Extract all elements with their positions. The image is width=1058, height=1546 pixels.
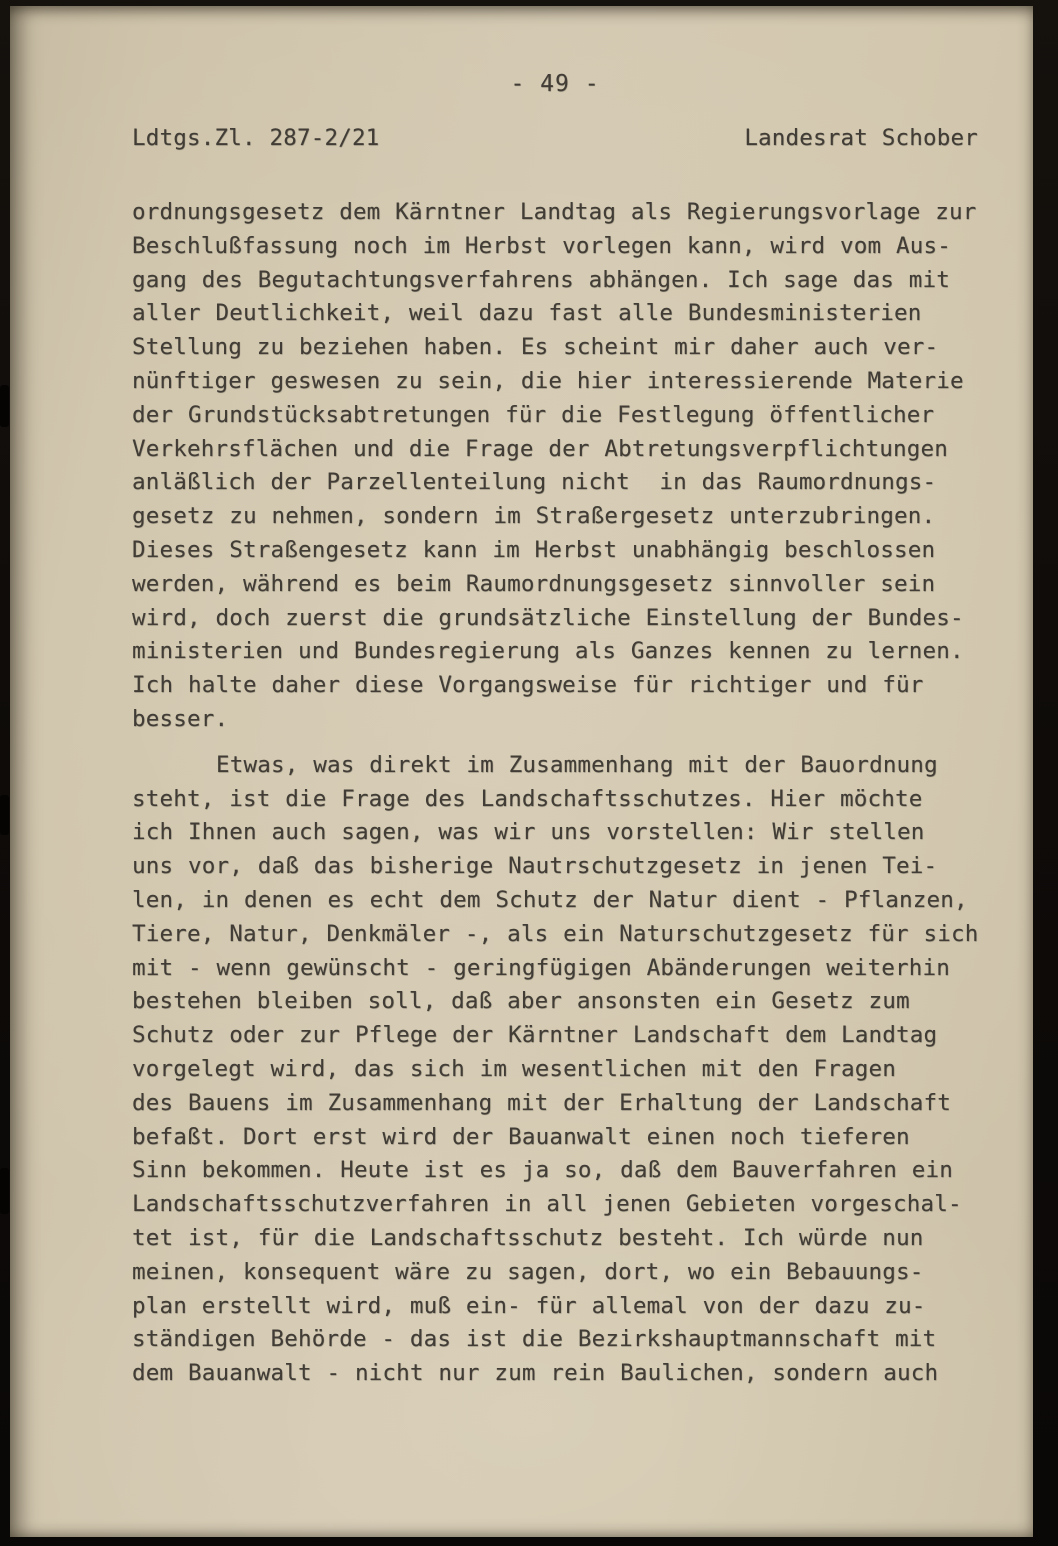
speaker-name: Landesrat Schober <box>744 124 978 152</box>
text-line: ministerien und Bundesregierung als Ganz… <box>132 635 978 669</box>
text-line: tet ist, für die Landschaftsschutz beste… <box>132 1222 978 1256</box>
text-line: bestehen bleiben soll, daß aber ansonste… <box>132 985 978 1019</box>
page-number: - 49 - <box>132 70 978 98</box>
text-line: besser. <box>132 703 978 737</box>
text-line: gang des Begutachtungsverfahrens abhänge… <box>132 264 978 298</box>
text-line: Beschlußfassung noch im Herbst vorlegen … <box>132 230 978 264</box>
text-line: Landschaftsschutzverfahren in all jenen … <box>132 1188 978 1222</box>
paragraph-2: Etwas, was direkt im Zusammenhang mit de… <box>132 749 978 1391</box>
page-content: - 49 - Ldtgs.Zl. 287-2/21 Landesrat Scho… <box>132 70 978 1391</box>
text-line: len, in denen es echt dem Schutz der Nat… <box>132 884 978 918</box>
text-line: Dieses Straßengesetz kann im Herbst unab… <box>132 534 978 568</box>
scan-artifact <box>0 795 9 835</box>
text-line: Ich halte daher diese Vorgangsweise für … <box>132 669 978 703</box>
text-line: Tiere, Natur, Denkmäler -, als ein Natur… <box>132 918 978 952</box>
text-line: des Bauens im Zusammenhang mit der Erhal… <box>132 1087 978 1121</box>
text-line: Sinn bekommen. Heute ist es ja so, daß d… <box>132 1154 978 1188</box>
text-line: Stellung zu beziehen haben. Es scheint m… <box>132 331 978 365</box>
text-line: uns vor, daß das bisherige Nautrschutzge… <box>132 850 978 884</box>
text-line: ständigen Behörde - das ist die Bezirksh… <box>132 1323 978 1357</box>
text-line: Schutz oder zur Pflege der Kärntner Land… <box>132 1019 978 1053</box>
scan-artifact <box>0 1168 9 1214</box>
text-line: Etwas, was direkt im Zusammenhang mit de… <box>132 749 978 783</box>
text-line: der Grundstücksabtretungen für die Festl… <box>132 399 978 433</box>
document-page: - 49 - Ldtgs.Zl. 287-2/21 Landesrat Scho… <box>10 6 1033 1537</box>
text-line: Verkehrsflächen und die Frage der Abtret… <box>132 433 978 467</box>
text-line: werden, während es beim Raumordnungsgese… <box>132 568 978 602</box>
text-line: ordnungsgesetz dem Kärntner Landtag als … <box>132 196 978 230</box>
text-line: gesetz zu nehmen, sondern im Straßergese… <box>132 500 978 534</box>
text-line: mit - wenn gewünscht - geringfügigen Abä… <box>132 952 978 986</box>
text-line: ich Ihnen auch sagen, was wir uns vorste… <box>132 816 978 850</box>
reference-number: Ldtgs.Zl. 287-2/21 <box>132 124 379 152</box>
text-line: plan erstellt wird, muß ein- für allemal… <box>132 1290 978 1324</box>
text-line: vorgelegt wird, das sich im wesentlichen… <box>132 1053 978 1087</box>
document-body: ordnungsgesetz dem Kärntner Landtag als … <box>132 196 978 1391</box>
text-line: nünftiger geswesen zu sein, die hier int… <box>132 365 978 399</box>
page-header: Ldtgs.Zl. 287-2/21 Landesrat Schober <box>132 124 978 152</box>
paragraph-1: ordnungsgesetz dem Kärntner Landtag als … <box>132 196 978 737</box>
text-line: anläßlich der Parzellenteilung nicht in … <box>132 466 978 500</box>
scanned-document: - 49 - Ldtgs.Zl. 287-2/21 Landesrat Scho… <box>0 0 1058 1546</box>
text-line: meinen, konsequent wäre zu sagen, dort, … <box>132 1256 978 1290</box>
text-line: steht, ist die Frage des Landschaftsschu… <box>132 783 978 817</box>
text-line: dem Bauanwalt - nicht nur zum rein Bauli… <box>132 1357 978 1391</box>
scan-artifact <box>0 385 9 427</box>
text-line: wird, doch zuerst die grundsätzliche Ein… <box>132 602 978 636</box>
text-line: befaßt. Dort erst wird der Bauanwalt ein… <box>132 1121 978 1155</box>
text-line: aller Deutlichkeit, weil dazu fast alle … <box>132 297 978 331</box>
